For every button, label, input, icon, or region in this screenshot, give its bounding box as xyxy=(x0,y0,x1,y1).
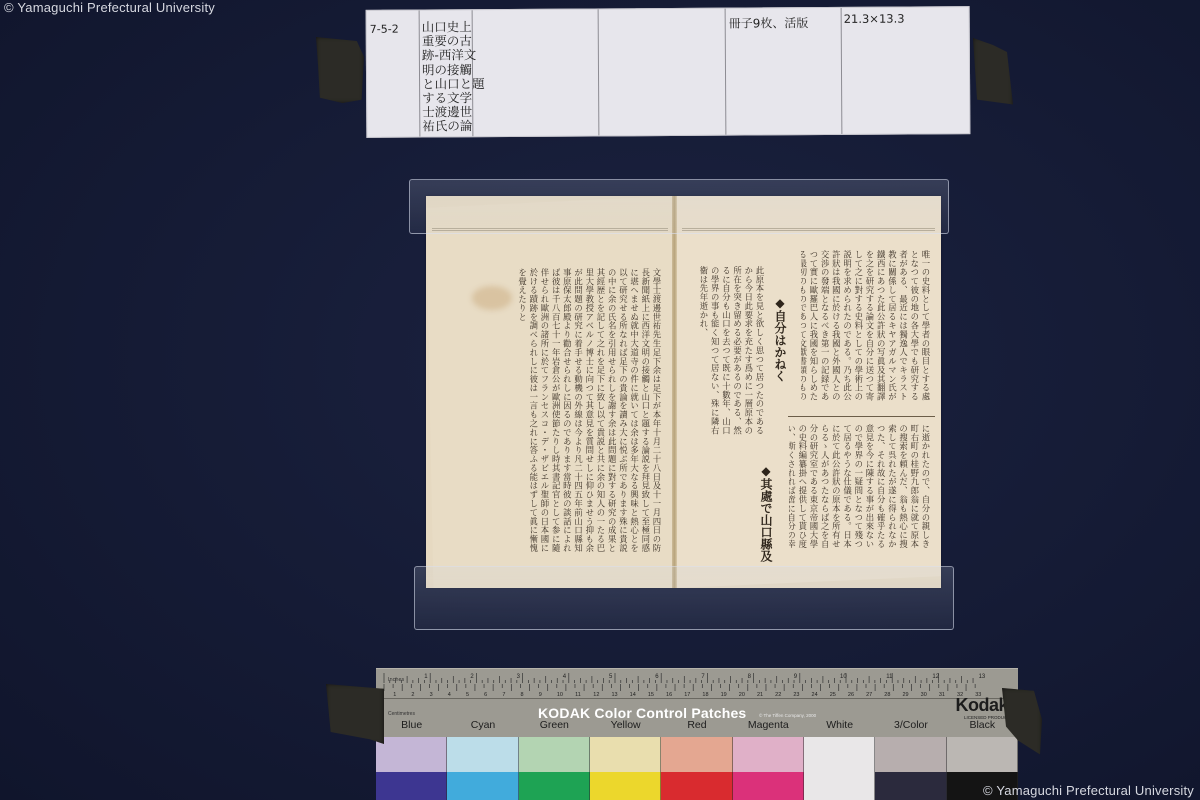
svg-text:3: 3 xyxy=(517,674,521,680)
svg-text:14: 14 xyxy=(630,692,636,698)
svg-text:10: 10 xyxy=(840,674,847,680)
color-patch-top-3color xyxy=(875,737,946,772)
kodak-logo: Kodak xyxy=(955,695,1008,716)
label-title: 山口史上 重要の古 跡-西洋文 明の接觸 と山口と題 する文学 士渡邊世 祐氏の… xyxy=(420,10,474,136)
svg-text:27: 27 xyxy=(866,692,872,698)
label-blank-cell xyxy=(599,9,727,136)
color-patch-bottom-green xyxy=(519,772,590,800)
patch-label-3color: 3/Color xyxy=(875,719,946,737)
color-patch-bottom-red xyxy=(661,772,732,800)
svg-text:12: 12 xyxy=(932,674,939,680)
svg-text:9: 9 xyxy=(794,674,798,680)
label-size: 21.3×13.3 xyxy=(842,7,970,134)
ruler: 1234567891011121312345678910111213141516… xyxy=(376,669,1018,699)
title-line: 跡-西洋文 xyxy=(422,49,472,64)
svg-text:1: 1 xyxy=(424,674,428,680)
copyright-watermark-top: © Yamaguchi Prefectural University xyxy=(4,0,215,15)
section-divider xyxy=(788,416,935,417)
tape-piece xyxy=(316,37,364,103)
color-patch-top-yellow xyxy=(590,737,661,772)
svg-text:11: 11 xyxy=(886,674,893,680)
title-line: 明の接觸 xyxy=(422,63,472,78)
label-blank-cell xyxy=(473,9,600,136)
svg-text:6: 6 xyxy=(484,692,487,698)
svg-text:11: 11 xyxy=(575,692,581,698)
color-patch-top-blue xyxy=(376,737,447,772)
printed-document: 文學士渡邊世祐先生足下余は足下が本年十月二十八日及十一月四日の防長新聞紙上に西洋… xyxy=(426,196,941,588)
svg-text:29: 29 xyxy=(902,692,908,698)
document-right-page: 唯一の史料として學者の眼目とする處となつて彼の地の各大學でも研究する者がある、最… xyxy=(676,196,941,588)
svg-text:2: 2 xyxy=(470,674,474,680)
catalog-label: 7-5-2 山口史上 重要の古 跡-西洋文 明の接觸 と山口と題 する文学 士渡… xyxy=(366,6,971,138)
right-page-text-mid: 此原本を見と欲しく思つて居つたのであるから今日此要求を充たす爲めに一層原本の所在… xyxy=(687,266,765,436)
svg-text:18: 18 xyxy=(702,692,708,698)
svg-text:28: 28 xyxy=(884,692,890,698)
color-patches xyxy=(376,737,1018,800)
right-page-text-top: 唯一の史料として學者の眼目とする處となつて彼の地の各大學でも研究する者がある、最… xyxy=(801,250,931,410)
svg-text:4: 4 xyxy=(563,674,567,680)
color-patch-bottom-3color xyxy=(875,772,946,800)
page-fold xyxy=(672,196,677,588)
scale-bar: 1234567891011121312345678910111213141516… xyxy=(376,668,1018,738)
right-page-text-bottom: に逝かれたので、自分の親しき町右町の桂野九郎翁に就て原本の搜索を頼んだ、翁も熱心… xyxy=(789,424,931,554)
svg-text:16: 16 xyxy=(666,692,672,698)
svg-text:24: 24 xyxy=(812,692,818,698)
svg-text:31: 31 xyxy=(939,692,945,698)
color-patch-top-magenta xyxy=(733,737,804,772)
svg-text:3: 3 xyxy=(430,692,433,698)
patch-label-magenta: Magenta xyxy=(733,719,804,737)
color-patch-top-green xyxy=(519,737,590,772)
copyright-watermark-bottom: © Yamaguchi Prefectural University xyxy=(983,783,1194,798)
color-patch-top-cyan xyxy=(447,737,518,772)
svg-text:6: 6 xyxy=(655,674,659,680)
svg-text:20: 20 xyxy=(739,692,745,698)
svg-text:9: 9 xyxy=(539,692,542,698)
scale-copyright: © The Tiffen Company, 2000 xyxy=(759,713,816,718)
units-cm-label: Centimetres xyxy=(388,711,415,717)
patch-label-green: Green xyxy=(519,719,590,737)
svg-text:15: 15 xyxy=(648,692,654,698)
svg-text:23: 23 xyxy=(793,692,799,698)
section-heading: ◆其處で山口縣及 xyxy=(758,464,775,562)
svg-text:12: 12 xyxy=(593,692,599,698)
svg-text:17: 17 xyxy=(684,692,690,698)
color-patch-bottom-cyan xyxy=(447,772,518,800)
label-description: 冊子9枚、活版 xyxy=(726,8,843,135)
svg-text:30: 30 xyxy=(921,692,927,698)
patch-label-blue: Blue xyxy=(376,719,447,737)
kodak-color-scale: 1234567891011121312345678910111213141516… xyxy=(376,668,1018,800)
color-patch-bottom-magenta xyxy=(733,772,804,800)
title-line: 祐氏の論 xyxy=(422,120,472,135)
patch-label-white: White xyxy=(804,719,875,737)
color-patch-top-white xyxy=(804,737,875,800)
svg-text:8: 8 xyxy=(521,692,524,698)
svg-text:5: 5 xyxy=(609,674,613,680)
svg-text:7: 7 xyxy=(701,674,705,680)
svg-text:5: 5 xyxy=(466,692,469,698)
document-left-page: 文學士渡邊世祐先生足下余は足下が本年十月二十八日及十一月四日の防長新聞紙上に西洋… xyxy=(426,196,674,588)
svg-text:10: 10 xyxy=(557,692,563,698)
svg-text:19: 19 xyxy=(721,692,727,698)
patch-label-red: Red xyxy=(661,719,732,737)
svg-text:22: 22 xyxy=(775,692,781,698)
svg-text:26: 26 xyxy=(848,692,854,698)
svg-text:4: 4 xyxy=(448,692,451,698)
svg-text:1: 1 xyxy=(393,692,396,698)
svg-text:21: 21 xyxy=(757,692,763,698)
color-patch-top-red xyxy=(661,737,732,772)
svg-text:13: 13 xyxy=(979,674,986,680)
archive-photo: © Yamaguchi Prefectural University 7-5-2… xyxy=(0,0,1200,800)
patch-labels: Blue Cyan Green Yellow Red Magenta White… xyxy=(376,719,1018,737)
section-heading: ◆自分はかねく xyxy=(772,296,789,382)
patch-label-cyan: Cyan xyxy=(447,719,518,737)
color-patch-bottom-blue xyxy=(376,772,447,800)
svg-text:8: 8 xyxy=(748,674,752,680)
label-id: 7-5-2 xyxy=(367,11,421,137)
acrylic-holder-top xyxy=(409,179,949,234)
svg-text:13: 13 xyxy=(611,692,617,698)
color-patch-top-black xyxy=(947,737,1018,772)
acrylic-holder-bottom xyxy=(414,566,954,630)
color-patch-bottom-yellow xyxy=(590,772,661,800)
patch-label-yellow: Yellow xyxy=(590,719,661,737)
tape-piece xyxy=(326,684,384,744)
ruler-ticks: 1234567891011121312345678910111213141516… xyxy=(376,669,1018,699)
svg-text:7: 7 xyxy=(502,692,505,698)
left-page-text: 文學士渡邊世祐先生足下余は足下が本年十月二十八日及十一月四日の防長新聞紙上に西洋… xyxy=(437,268,662,553)
svg-text:2: 2 xyxy=(411,692,414,698)
units-inches-label: Inches xyxy=(388,677,404,683)
svg-text:25: 25 xyxy=(830,692,836,698)
tape-piece xyxy=(973,38,1013,108)
